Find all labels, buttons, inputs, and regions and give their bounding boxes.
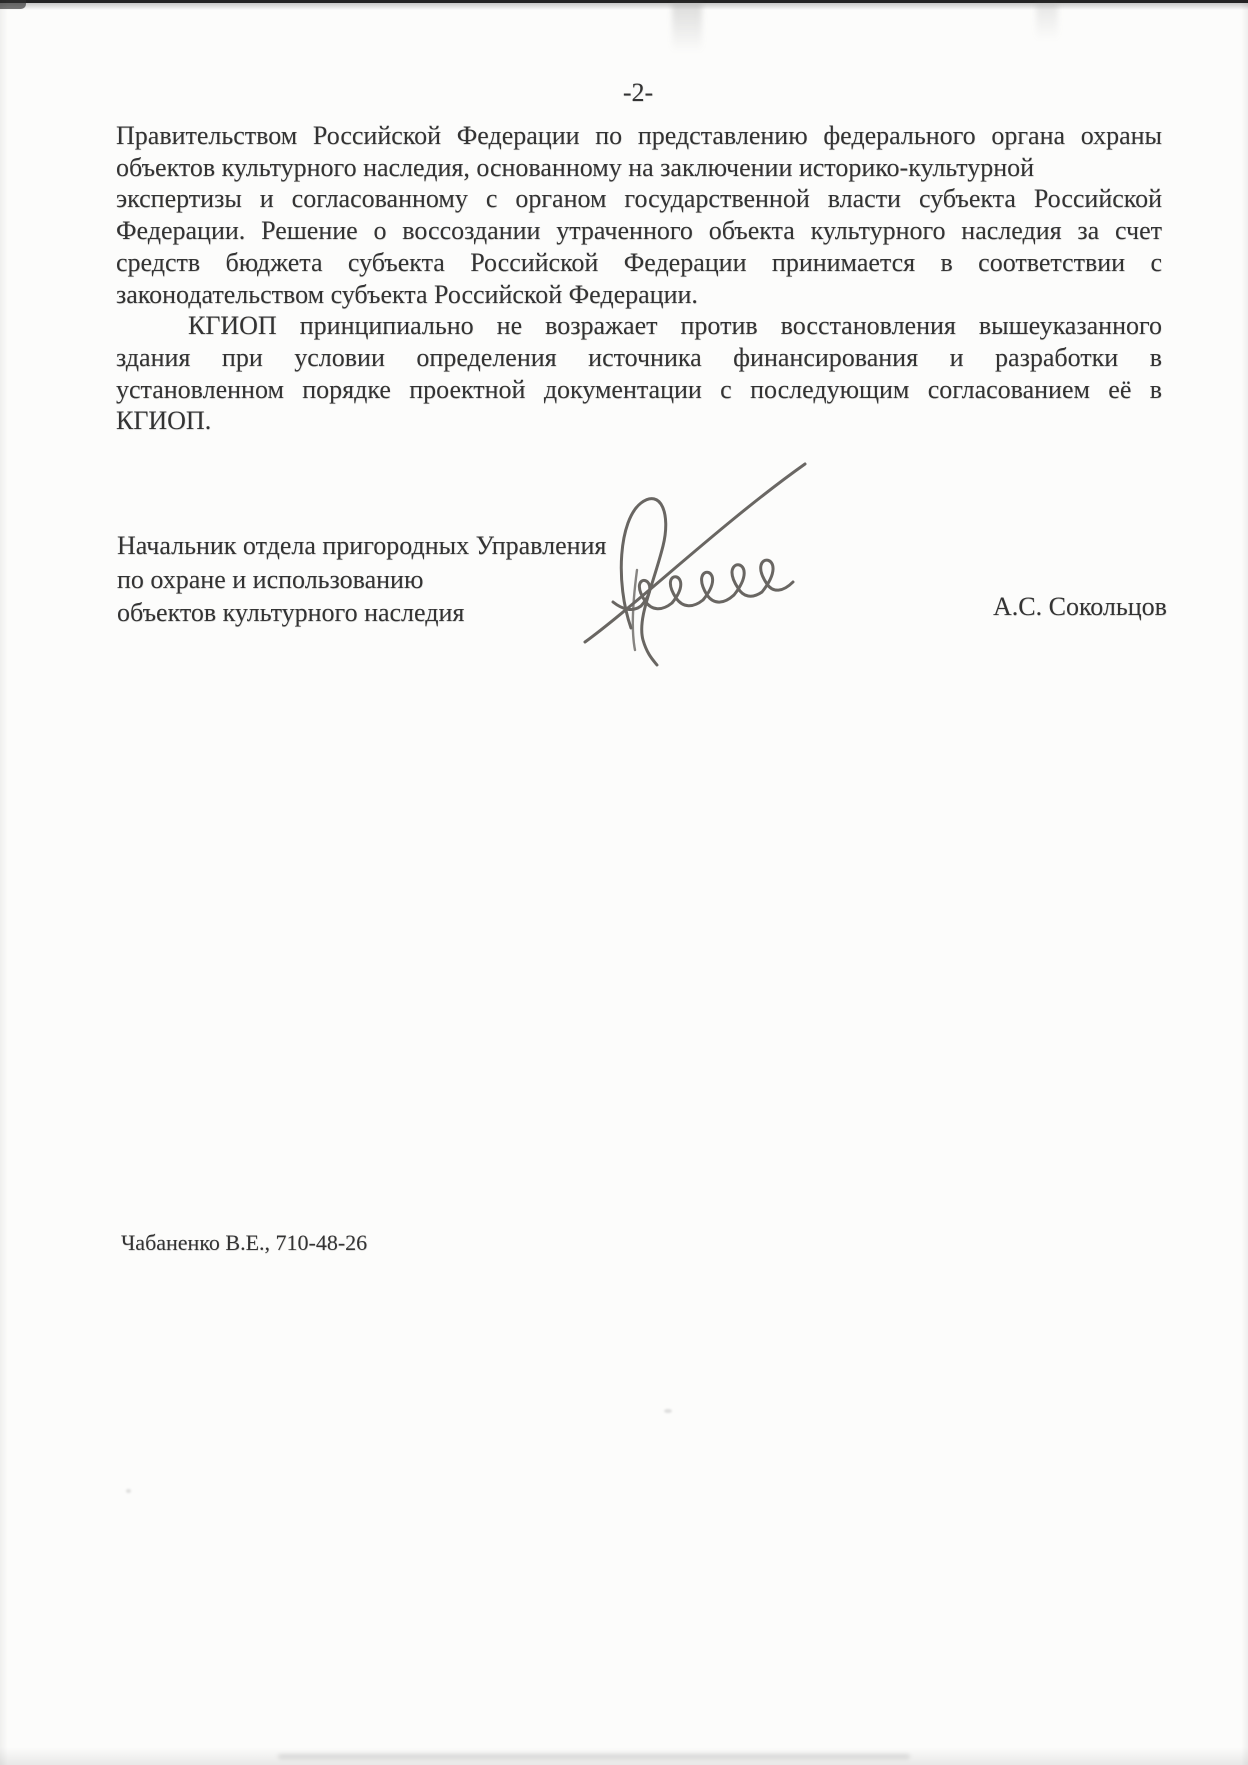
scan-smudge <box>672 4 702 52</box>
scan-speck <box>664 1409 672 1413</box>
body-line: установленном порядке проектной документ… <box>116 374 1162 406</box>
body-line: КГИОП принципиально не возражает против … <box>116 310 1162 342</box>
scan-bottom-streak <box>278 1754 910 1759</box>
body-line: средств бюджета субъекта Российской Феде… <box>116 247 1162 279</box>
scan-top-edge-fade <box>0 3 1248 10</box>
body-line: Правительством Российской Федерации по п… <box>116 120 1162 152</box>
letter-body: Правительством Российской Федерации по п… <box>116 120 1162 437</box>
body-line: объектов культурного наследия, основанно… <box>116 152 1162 184</box>
signatory-title-line: Начальник отдела пригородных Управления <box>117 529 606 563</box>
scan-right-edge <box>1241 0 1248 1765</box>
body-line: здания при условии определения источника… <box>116 342 1162 374</box>
executor-contact: Чабаненко В.Е., 710-48-26 <box>121 1230 367 1256</box>
body-line: экспертизы и согласованному с органом го… <box>116 183 1162 215</box>
scan-left-edge <box>0 0 8 1765</box>
body-line: КГИОП. <box>116 405 1162 437</box>
signatory-title-line: по охране и использованию <box>117 563 606 597</box>
signer-name: А.С. Сокольцов <box>993 592 1167 622</box>
body-line: Федерации. Решение о воссоздании утрачен… <box>116 215 1162 247</box>
signatory-title-line: объектов культурного наследия <box>117 596 606 630</box>
body-line: законодательством субъекта Российской Фе… <box>116 279 1162 311</box>
scanned-letter-page: { "page": { "number_label": "-2-" }, "bo… <box>0 0 1248 1765</box>
signatory-title: Начальник отдела пригородных Управления … <box>117 529 606 630</box>
page-number: -2- <box>14 78 1248 108</box>
scan-speck <box>126 1489 131 1493</box>
handwritten-signature-icon <box>573 450 825 668</box>
scan-smudge <box>1036 4 1058 40</box>
